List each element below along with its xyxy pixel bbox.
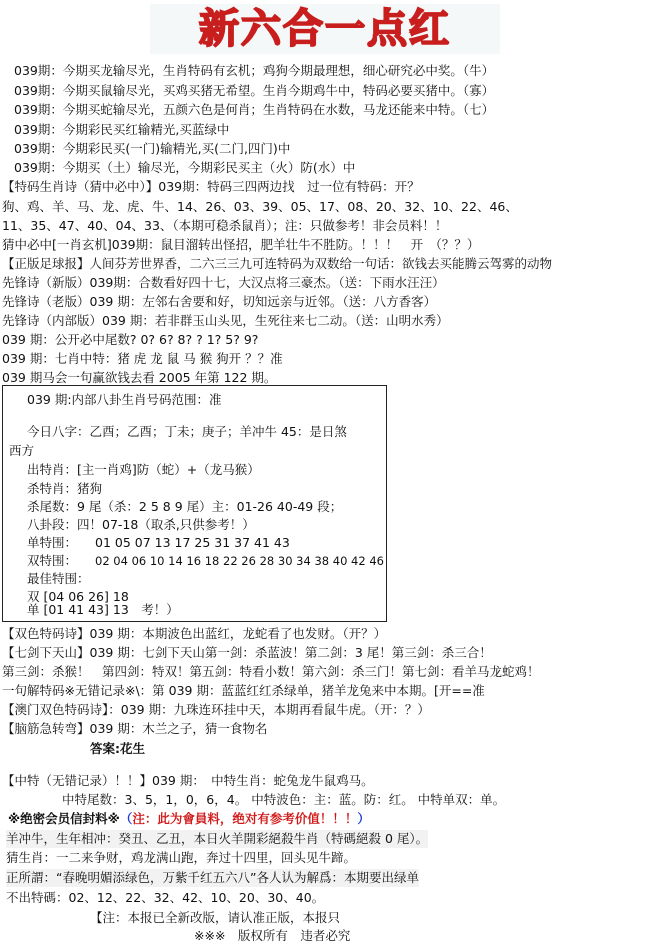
- shate-line: 杀特肖：猪狗: [27, 480, 102, 498]
- zhongte-details: 中特尾数：3、5，1，0，6，4。 中特波色：主：蓝。防：红。 中特单双：单。: [62, 791, 505, 809]
- prediction-line: 039期：今期买龙输尽光，生肖特码有玄机；鸡狗今期最理想，细心研究必中奖。（牛）: [14, 62, 494, 80]
- note-open: （: [120, 811, 133, 826]
- prediction-line: 039期：今期买蛇输尽光，五颜六色是何肖；生肖特码在水数，马龙还能来中特。（七）: [14, 101, 494, 119]
- bagua-box: 039 期:内部八卦生肖号码范围：准 今日八字：乙酉；乙酉；丁未；庚子；羊冲牛 …: [2, 385, 387, 622]
- poem-heading: 【特码生肖诗（猜中必中）】039期：特码三四两边找 过一位有特码：开？: [2, 178, 420, 196]
- vip-line: 正所謂：“春晚明媚添绿色，万紫千红五六八”各人认为解爲：本期要出绿单: [6, 869, 419, 887]
- seven-swords-line: 【七剑下天山】039 期：七剑下天山第一剑：杀蓝波！第二剑：3 尾！第三剑：杀三…: [2, 644, 492, 662]
- chute-line: 出特肖：[主一肖鸡]防（蛇）+（龙马猴）: [27, 461, 260, 479]
- number-list: 11、35、47、40、04、33、（本期可稳杀鼠肖）；注：只做参考！非会员料！…: [2, 217, 447, 235]
- riddle-line: 猜中必中[一肖玄机]039期：鼠目溜转出怪招，肥羊壮牛不胜防。！！！ 开 （？？…: [2, 236, 479, 254]
- poem-internal-edition: 先锋诗（内部版）039 期：若非群玉山头见，生死往来七二动。（送：山明水秀）: [2, 312, 449, 330]
- one-sentence-line: 一句解特码※无错记录※\：第 039 期：蓝蓝红红杀绿单，猪羊龙兔来中本期。[开…: [2, 682, 485, 700]
- footer-copyright: ※※※ 版权所有 违者必究: [194, 927, 350, 945]
- zhongte-line: 【中特（无错记录）！！】039 期： 中特生肖：蛇兔龙牛鼠鸡马。: [2, 772, 374, 790]
- footer-notice: 【注：本报已全新改版，请认准正版，本报只: [90, 909, 340, 927]
- prediction-line: 039期：今期彩民买(一门)输精光,买(二门,四门)中: [14, 140, 290, 158]
- best-label: 最佳特围：: [27, 570, 90, 588]
- macau-poem: 【澳门双色特码诗】：039 期：九珠连环挂中天，本期再看鼠牛虎。（开：？）: [2, 701, 430, 719]
- answer-line: 答案:花生: [90, 740, 145, 758]
- poem-new-edition: 先锋诗（新版）039期：合数看好四十七，大汉点将三豪杰。（送：下雨水汪汪）: [2, 274, 445, 292]
- weishu-line: 杀尾数：9 尾（杀：2 5 8 9 尾）主：01-26 40-49 段；: [27, 498, 342, 516]
- box-title: 039 期:内部八卦生肖号码范围：准: [27, 391, 222, 409]
- dan-numbers: 01 05 07 13 17 25 31 37 41 43: [95, 534, 290, 552]
- vip-label: ※绝密会员信封料※: [8, 811, 120, 826]
- vip-line: 羊冲牛，生年相冲：癸丑、乙丑，本日火羊開彩絕殺牛肖（特碼絕殺 0 尾）。: [6, 830, 428, 848]
- shuang-numbers: 02 04 06 10 14 16 18 22 26 28 30 34 38 4…: [95, 552, 384, 570]
- prediction-line: 039期：今期彩民买红输精光,买蓝绿中: [14, 121, 229, 139]
- bagua-line: 八卦段：四！07-18（取杀,只供参考！）: [27, 516, 255, 534]
- tail-numbers-line: 039 期：公开必中尾数? 0? 6? 8? ? 1? 5? 9?: [2, 331, 258, 349]
- note-close: ）: [357, 811, 370, 826]
- vip-line: 猜生肖：一二来争财，鸡龙满山跑，奔过十四里，回头见牛蹄。: [6, 849, 356, 867]
- shuang-label: 双特围：: [27, 552, 77, 570]
- vip-heading: ※绝密会员信封料※（注：此为會員料，绝对有参考价值！！！）: [8, 810, 370, 828]
- best-dan: 单 [01 41 43] 13 考！）: [27, 601, 179, 619]
- bazi-line: 今日八字：乙酉；乙酉；丁未；庚子；羊冲牛 45：是日煞: [27, 423, 347, 441]
- prediction-line: 039期：今期买（土）输尽光，今期彩民买主（火）防(水）中: [14, 159, 355, 177]
- prediction-line: 039期：今期买鼠输尽光，买鸡买猪无希望。生肖今期鸡牛中，特码必要买猪中。（寡）: [14, 82, 494, 100]
- bazi-wrap: 西方: [9, 442, 34, 460]
- football-report-line: 【正版足球报】人间芬芳世界香，二六三三九可连特码为双数给一句话：欲钱去买能腾云驾…: [2, 255, 552, 273]
- seven-swords-cont: 第三剑：杀猴！ 第四剑：特双！第五剑：特看小数！第六剑：杀三门！第七剑：看羊马龙…: [2, 663, 540, 681]
- seven-zodiac-line: 039 期：七肖中特：猪 虎 龙 鼠 马 猴 狗开 ？？准: [2, 350, 283, 368]
- vip-line: 不出特碼：02、12、22、32、42、10、20、30、40。: [6, 889, 324, 907]
- number-list: 狗、鸡、羊、马、龙、虎、牛、14、26、03、39、05、17、08、20、32…: [2, 198, 518, 216]
- poem-old-edition: 先锋诗（老版）039 期：左邻右舍要和好，切知远亲与近邻。（送：八方香客）: [2, 293, 436, 311]
- header: 新六合一点红: [0, 0, 652, 58]
- two-color-poem: 【双色特码诗】039 期：本期波色出蓝红，龙蛇看了也发财。（开？）: [2, 625, 386, 643]
- vip-note: 注：此为會員料，绝对有参考价值！！！: [132, 811, 357, 826]
- brain-teaser: 【脑筋急转弯】039 期：木兰之子，猜一食物名: [2, 720, 267, 738]
- page-title: 新六合一点红: [150, 4, 500, 54]
- dan-label: 单特围：: [27, 534, 77, 552]
